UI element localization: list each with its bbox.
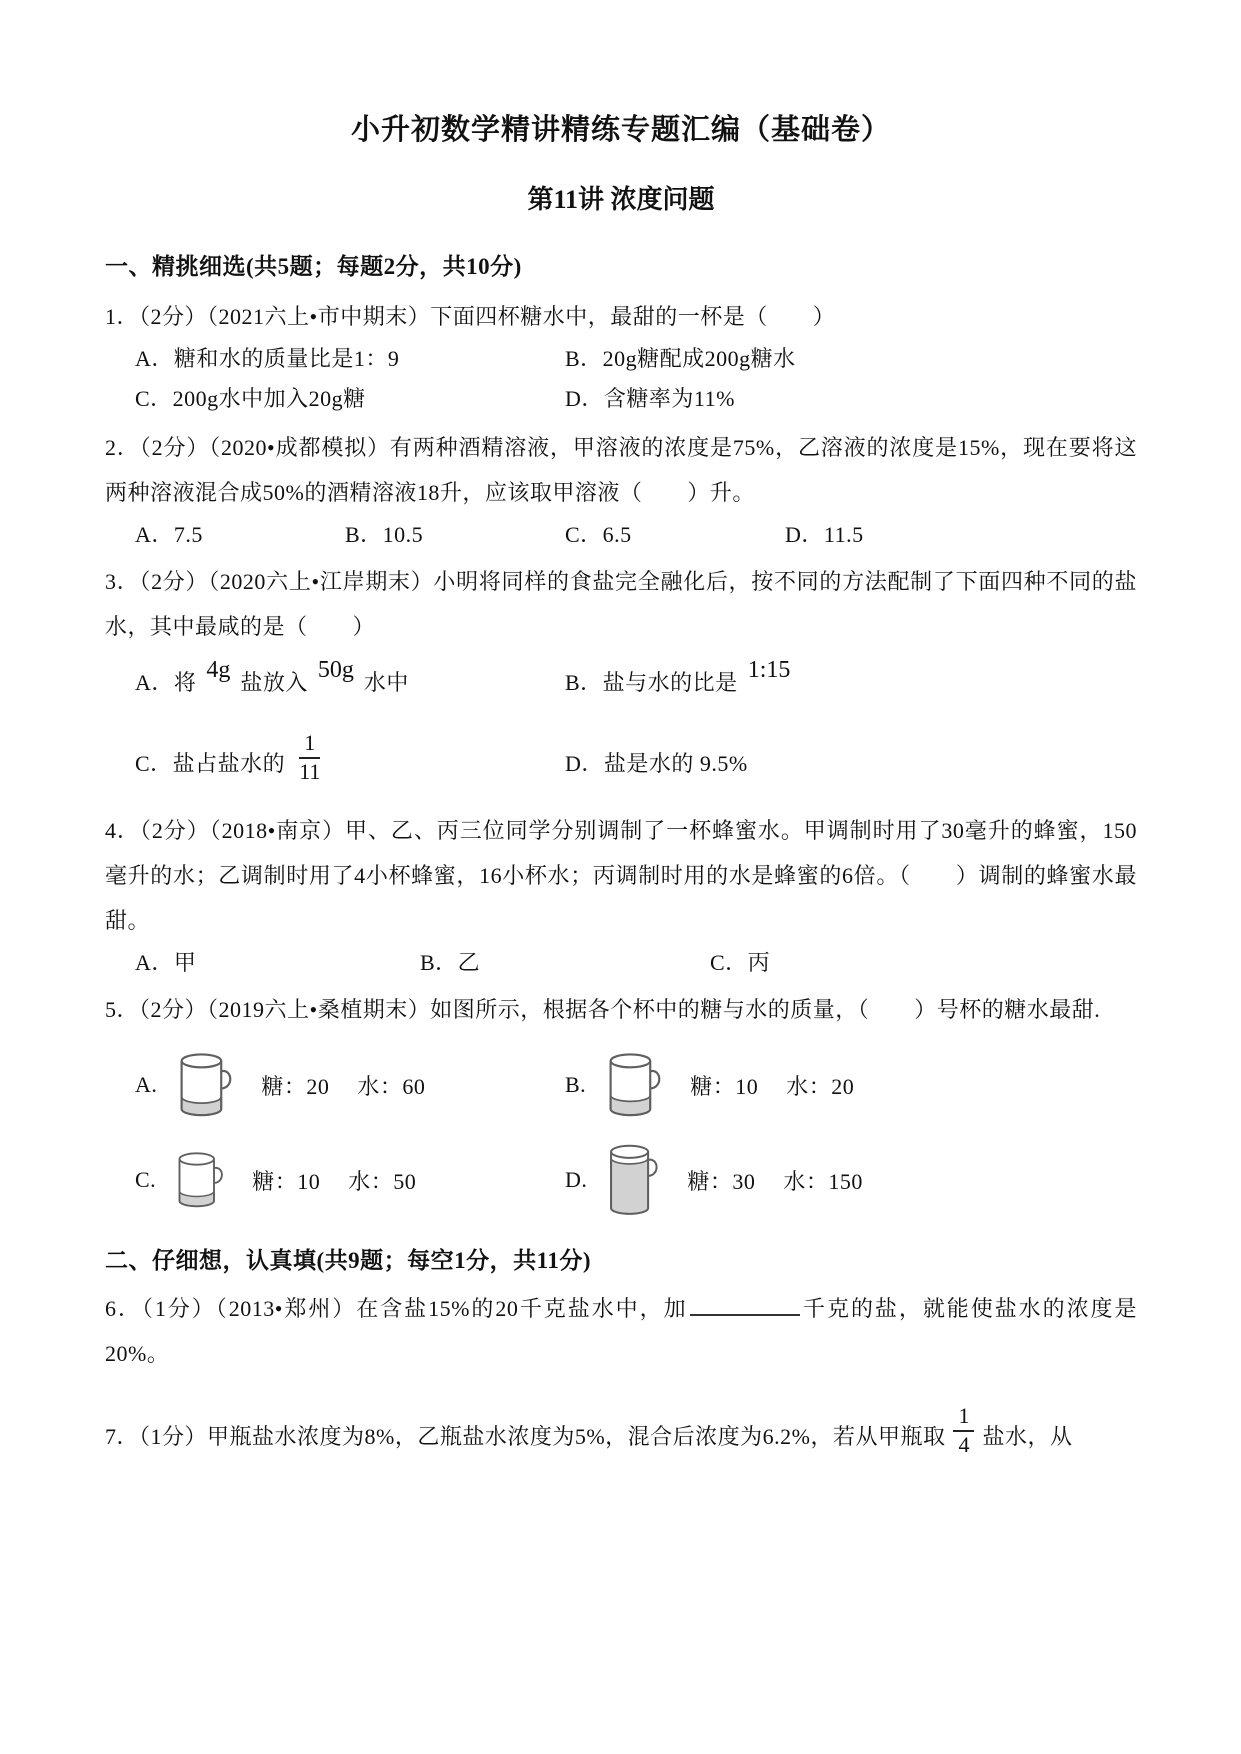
q6-text-before-blank: 6．（1分）（2013•郑州）在含盐15%的20千克盐水中，加 xyxy=(105,1296,688,1321)
q2-options-row: A．7.5 B．10.5 C．6.5 D．11.5 xyxy=(105,515,1137,555)
fill-in-blank-line xyxy=(690,1292,800,1316)
q5-c-sugar: 糖：10 xyxy=(252,1169,320,1194)
q5-option-d: D. 糖：30水：150 xyxy=(565,1140,863,1220)
q3-a-4g: 4g xyxy=(202,657,234,683)
q1-options-row1: A．糖和水的质量比是1：9 B．20g糖配成200g糖水 xyxy=(105,339,1137,379)
q5-cups-row1: A. 糖：20水：60 B. 糖：10水：20 xyxy=(105,1048,1137,1122)
q1-options-row2: C．200g水中加入20g糖 D．含糖率为11% xyxy=(105,379,1137,419)
q5-cups-row2: C. 糖：10水：50 D. 糖：30水：150 xyxy=(105,1140,1137,1220)
question2-stem: 2．（2分）（2020•成都模拟）有两种酒精溶液，甲溶液的浓度是75%，乙溶液的… xyxy=(105,425,1137,515)
q1-option-c: C．200g水中加入20g糖 xyxy=(135,379,565,419)
q1-option-a: A．糖和水的质量比是1：9 xyxy=(135,339,565,379)
mug-icon xyxy=(602,1048,664,1122)
q5-a-water: 水：60 xyxy=(357,1074,425,1099)
fraction-numerator: 1 xyxy=(299,731,320,759)
q3-b-pre: B．盐与水的比是 xyxy=(565,670,738,695)
question7-stem: 7．（1分）甲瓶盐水浓度为8%，乙瓶盐水浓度为5%，混合后浓度为6.2%，若从甲… xyxy=(105,1404,1137,1459)
fraction-denominator: 11 xyxy=(299,759,320,785)
lecture-title: 第11讲 浓度问题 xyxy=(105,182,1137,218)
q4-option-b: B．乙 xyxy=(420,943,710,983)
q5-b-water: 水：20 xyxy=(786,1074,854,1099)
q3-c-fraction: 111 xyxy=(299,731,320,784)
q3-a-mid: 盐放入 xyxy=(240,670,308,695)
q7-fraction: 14 xyxy=(953,1404,974,1457)
q3-c-pre: C．盐占盐水的 xyxy=(135,751,285,776)
q5-a-values: 糖：20水：60 xyxy=(261,1070,425,1101)
document-title: 小升初数学精讲精练专题汇编（基础卷） xyxy=(105,112,1137,148)
section2-heading: 二、仔细想，认真填(共9题；每空1分，共11分) xyxy=(105,1244,1137,1278)
q5-c-water: 水：50 xyxy=(348,1169,416,1194)
q5-option-c: C. 糖：10水：50 xyxy=(135,1148,565,1212)
question1-stem: 1．（2分）（2021六上•市中期末）下面四杯糖水中，最甜的一杯是（ ） xyxy=(105,294,1137,339)
q5-c-letter: C. xyxy=(135,1167,156,1193)
q3-option-a: A．将 4g 盐放入 50g 水中 xyxy=(135,663,565,703)
q3-option-c: C．盐占盐水的 111 xyxy=(135,731,565,784)
q4-option-c: C．丙 xyxy=(710,943,770,983)
question6-stem: 6．（1分）（2013•郑州）在含盐15%的20千克盐水中，加千克的盐，就能使盐… xyxy=(105,1286,1137,1376)
q7-text-after-fraction: 盐水，从 xyxy=(982,1424,1072,1449)
q3-a-50g: 50g xyxy=(314,657,358,683)
q3-options-row1: A．将 4g 盐放入 50g 水中 B．盐与水的比是 1:15 xyxy=(105,663,1137,703)
q3-a-pre: A．将 xyxy=(135,670,196,695)
q4-options-row: A．甲 B．乙 C．丙 xyxy=(105,943,1137,983)
question4-stem: 4．（2分）（2018•南京）甲、乙、丙三位同学分别调制了一杯蜂蜜水。甲调制时用… xyxy=(105,808,1137,943)
worksheet-page: 小升初数学精讲精练专题汇编（基础卷） 第11讲 浓度问题 一、精挑细选(共5题；… xyxy=(105,112,1137,1459)
q4-option-a: A．甲 xyxy=(135,943,420,983)
q5-d-water: 水：150 xyxy=(783,1169,863,1194)
q5-b-values: 糖：10水：20 xyxy=(690,1070,854,1101)
q5-c-values: 糖：10水：50 xyxy=(252,1165,416,1196)
q3-option-d: D．盐是水的 9.5% xyxy=(565,744,748,784)
q5-option-b: B. 糖：10水：20 xyxy=(565,1048,854,1122)
q5-b-sugar: 糖：10 xyxy=(690,1074,758,1099)
q3-option-b: B．盐与水的比是 1:15 xyxy=(565,663,794,703)
question5-stem: 5．（2分）（2019六上•桑植期末）如图所示，根据各个杯中的糖与水的质量，（ … xyxy=(105,987,1137,1032)
q5-d-values: 糖：30水：150 xyxy=(687,1165,863,1196)
q5-d-sugar: 糖：30 xyxy=(687,1169,755,1194)
fraction-denominator: 4 xyxy=(953,1432,974,1458)
q3-options-row2: C．盐占盐水的 111 D．盐是水的 9.5% xyxy=(105,731,1137,784)
mug-icon xyxy=(173,1048,235,1122)
q2-option-d: D．11.5 xyxy=(785,515,864,555)
q3-b-ratio: 1:15 xyxy=(744,657,795,683)
q5-a-letter: A. xyxy=(135,1072,157,1098)
q3-a-post: 水中 xyxy=(364,670,409,695)
q2-option-a: A．7.5 xyxy=(135,515,345,555)
fraction-numerator: 1 xyxy=(953,1404,974,1432)
mug-icon xyxy=(172,1148,226,1212)
mug-icon xyxy=(603,1140,661,1220)
q1-option-d: D．含糖率为11% xyxy=(565,379,735,419)
q5-option-a: A. 糖：20水：60 xyxy=(135,1048,565,1122)
q1-option-b: B．20g糖配成200g糖水 xyxy=(565,339,796,379)
q2-option-c: C．6.5 xyxy=(565,515,785,555)
q5-d-letter: D. xyxy=(565,1167,587,1193)
q5-b-letter: B. xyxy=(565,1072,586,1098)
q7-text-before-fraction: 7．（1分）甲瓶盐水浓度为8%，乙瓶盐水浓度为5%，混合后浓度为6.2%，若从甲… xyxy=(105,1424,945,1449)
question3-stem: 3．（2分）（2020六上•江岸期末）小明将同样的食盐完全融化后，按不同的方法配… xyxy=(105,559,1137,649)
q2-option-b: B．10.5 xyxy=(345,515,565,555)
q5-a-sugar: 糖：20 xyxy=(261,1074,329,1099)
section1-heading: 一、精挑细选(共5题；每题2分，共10分) xyxy=(105,250,1137,284)
